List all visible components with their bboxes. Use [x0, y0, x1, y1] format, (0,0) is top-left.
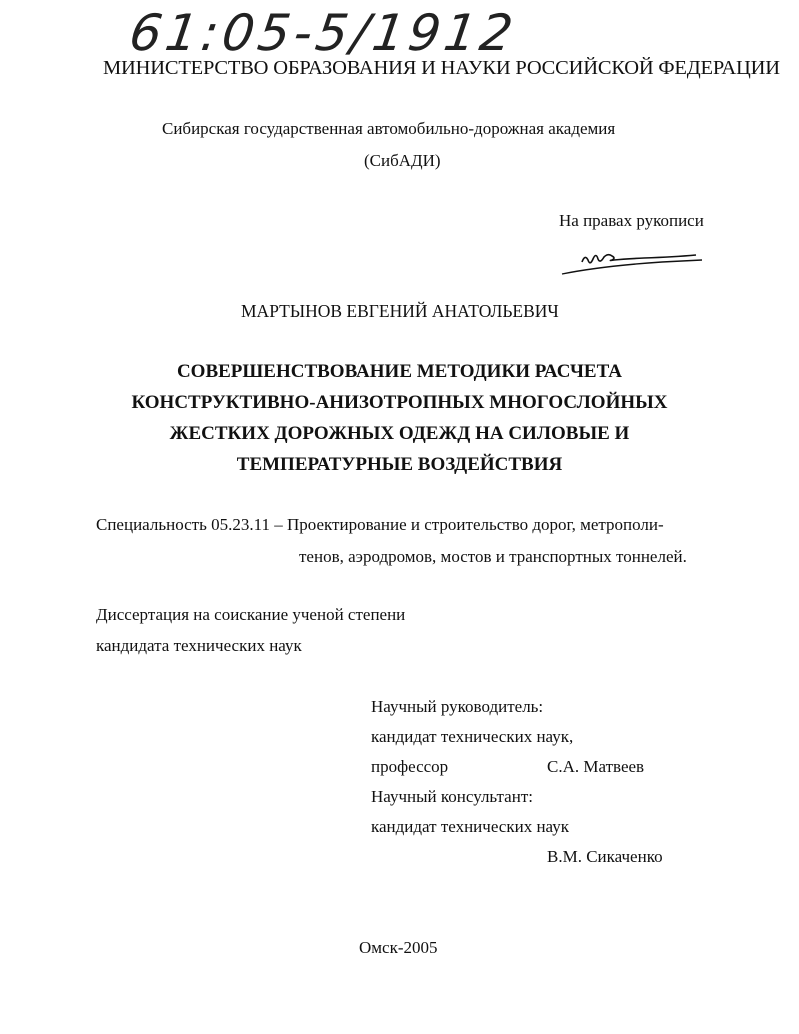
supervisor-label: Научный руководитель: [371, 697, 543, 717]
author-name: МАРТЫНОВ ЕВГЕНИЙ АНАТОЛЬЕВИЧ [241, 301, 559, 322]
consultant-label: Научный консультант: [371, 787, 533, 807]
specialty-line-2: тенов, аэродромов, мостов и транспортных… [299, 547, 687, 567]
supervisor-name: С.А. Матвеев [547, 757, 644, 777]
consultant-name: В.М. Сикаченко [547, 847, 663, 867]
institution-abbreviation: (СибАДИ) [364, 151, 441, 171]
manuscript-rights-note: На правах рукописи [559, 211, 704, 231]
dissertation-title-line-2: КОНСТРУКТИВНО-АНИЗОТРОПНЫХ МНОГОСЛОЙНЫХ [0, 392, 799, 414]
dissertation-title-line-4: ТЕМПЕРАТУРНЫЕ ВОЗДЕЙСТВИЯ [0, 454, 799, 476]
archive-stamp-number: 61:05-5/1912 [126, 4, 520, 62]
institution-name: Сибирская государственная автомобильно-д… [162, 119, 615, 139]
dissertation-degree-line-2: кандидата технических наук [96, 636, 302, 656]
dissertation-degree-line-1: Диссертация на соискание ученой степени [96, 605, 405, 625]
signature-icon [560, 244, 710, 278]
supervisor-title: профессор [371, 757, 448, 777]
supervisor-degree: кандидат технических наук, [371, 727, 573, 747]
city-year: Омск-2005 [359, 938, 438, 958]
specialty-line-1: Специальность 05.23.11 – Проектирование … [96, 515, 664, 535]
dissertation-title-line-3: ЖЕСТКИХ ДОРОЖНЫХ ОДЕЖД НА СИЛОВЫЕ И [0, 423, 799, 445]
consultant-degree: кандидат технических наук [371, 817, 569, 837]
ministry-header: МИНИСТЕРСТВО ОБРАЗОВАНИЯ И НАУКИ РОССИЙС… [103, 57, 780, 80]
dissertation-title-line-1: СОВЕРШЕНСТВОВАНИЕ МЕТОДИКИ РАСЧЕТА [0, 361, 799, 383]
